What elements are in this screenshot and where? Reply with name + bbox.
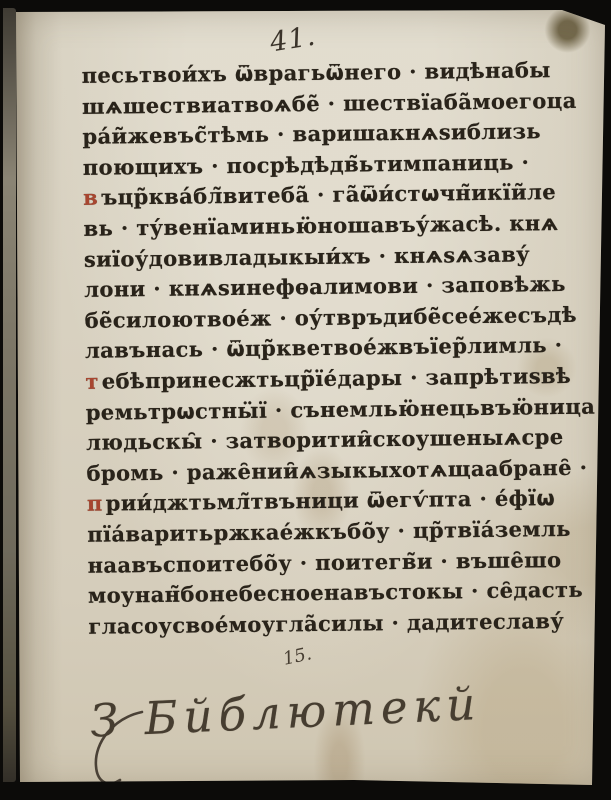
- book-binding-edge: [3, 8, 16, 782]
- folio-number-handwritten: 41.: [268, 21, 318, 59]
- manuscript-line: пїа́варитьржкае́жкъбо̃у · цр̃твїа́земль: [87, 514, 549, 550]
- text-block: песьтвои́хъ ѿврагьѿнего · видѣнабышѧшест…: [81, 55, 550, 642]
- manuscript-line: гласоусвое́моугла̃силы · дадитеславу́: [88, 606, 550, 642]
- quire-mark: 15.: [281, 643, 313, 669]
- rubric-initial: в: [83, 185, 101, 210]
- rubric-initial: т: [85, 369, 102, 394]
- rubric-initial: п: [87, 491, 106, 516]
- library-inscription: З Бйблютекй: [89, 673, 561, 747]
- manuscript-line: вь · ту́венїаминью̈ношавъу́жасѣ. кнѧ: [83, 208, 545, 244]
- manuscript-line: песьтвои́хъ ѿврагьѿнего · видѣнабы: [81, 55, 543, 91]
- photo-background: 41. песьтвои́хъ ѿврагьѿнего · видѣнабышѧ…: [0, 0, 611, 800]
- manuscript-line: тебѣпринесжтьцр̃їе́дары · запрѣтиѕвѣ: [85, 361, 547, 397]
- manuscript-page: 41. песьтвои́хъ ѿврагьѿнего · видѣнабышѧ…: [14, 8, 606, 790]
